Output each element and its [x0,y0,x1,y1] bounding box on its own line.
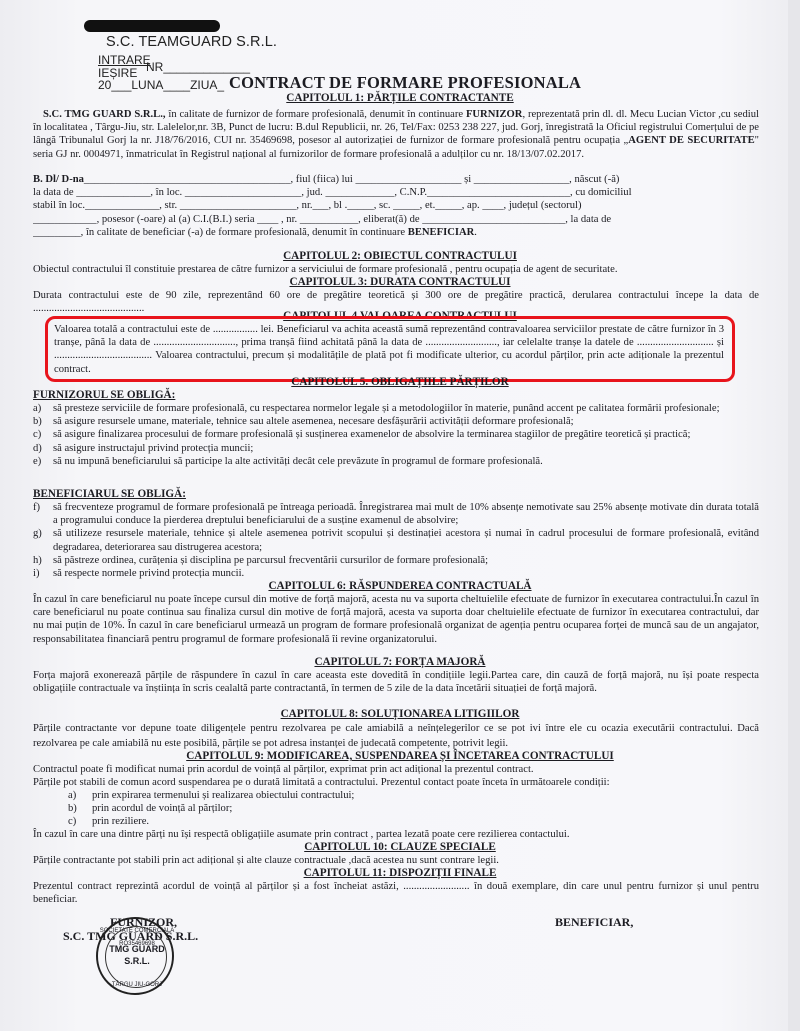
chapter-9-heading: CAPITOLUL 9: MODIFICAREA, SUSPENDAREA ȘI… [0,750,800,763]
list-item-label: b) [68,802,92,815]
list-item-label: a) [68,789,92,802]
list-item: e)să nu impună beneficiarului să partici… [33,455,759,468]
list-item: g)să utilizeze resursele materiale, tehn… [33,527,759,553]
list-item-label: b) [33,415,53,428]
parties-furnizor-paragraph: S.C. TMG GUARD S.R.L., în calitate de fu… [33,108,759,161]
list-item-label: h) [33,554,53,567]
furnizor-obligations-list: a)să presteze serviciile de formare prof… [33,402,759,468]
list-item-text: să utilizeze resursele materiale, tehnic… [53,527,759,553]
beneficiar-obligations-list: f)să frecventeze programul de formare pr… [33,501,759,580]
list-item-label: f) [33,501,53,527]
list-item-text: să asigure instructajul privind protecți… [53,442,759,455]
beneficiar-line-4: ____________, posesor (-oare) al (a) C.I… [33,213,759,226]
document-title: CONTRACT DE FORMARE PROFESIONALA [229,76,581,89]
furnizor-name: S.C. TMG GUARD S.R.L., [43,109,166,120]
list-item: b)să asigure resursele umane, materiale,… [33,415,759,428]
chapter-10-heading: CAPITOLUL 10: CLAUZE SPECIALE [0,841,800,854]
list-item-text: să frecventeze programul de formare prof… [53,501,759,527]
list-item-text: să presteze serviciile de formare profes… [53,402,759,415]
list-item-text: prin acordul de voință al părților; [92,802,758,815]
beneficiar-prefix: B. Dl/ D-na [33,174,84,185]
furnizor-label: FURNIZOR [466,109,523,120]
chapter-2-heading: CAPITOLUL 2: OBIECTUL CONTRACTULUI [0,250,800,263]
chapter-8-heading: CAPITOLUL 8: SOLUȚIONAREA LITIGIILOR [0,708,800,721]
furnizor-text: în calitate de furnizor de formare profe… [166,109,466,120]
list-item-text: prin expirarea termenului și realizarea … [92,789,758,802]
document-page: S.C. TEAMGUARD S.R.L. INTRARE NR________… [0,0,800,1031]
force-majeure-paragraph: Forța majoră exonerează părțile de răspu… [33,669,759,695]
modification-line-1: Contractul poate fi modificat numai prin… [33,763,759,776]
furnizor-obligations-title: FURNIZORUL SE OBLIGĂ: [33,389,175,402]
highlight-box [45,316,735,382]
beneficiar-label: BENEFICIAR [408,227,475,238]
header-date-line: 20___LUNA____ZIUA_ [98,78,224,92]
chapter-5-heading: CAPITOLUL 5. OBLIGAȚIILE PĂRȚILOR [0,376,800,389]
object-paragraph: Obiectul contractului îl constituie pres… [33,263,759,276]
occupation: AGENT DE SECURITATE [628,135,754,146]
beneficiar-line-5-end: . [474,227,477,238]
list-item-label: a) [33,402,53,415]
company-stamp: SOCIETATE COMERCIALĂ RO35469698 TMG GUAR… [96,917,174,995]
modification-conditions-list: a)prin expirarea termenului și realizare… [68,789,758,829]
beneficiar-signature-label: BENEFICIAR, [555,916,633,929]
list-item: a)să presteze serviciile de formare prof… [33,402,759,415]
list-item: b)prin acordul de voință al părților; [68,802,758,815]
beneficiar-line-5: _________, în calitate de beneficiar (-a… [33,227,408,238]
list-item-label: c) [33,428,53,441]
header-nr: NR_____________ [146,60,250,74]
list-item: h)să păstreze ordinea, curățenia și disc… [33,554,759,567]
list-item-label: e) [33,455,53,468]
beneficiar-line-3: stabil în loc.______________, str. _____… [33,199,759,212]
list-item-text: să păstreze ordinea, curățenia și discip… [53,554,759,567]
list-item: a)prin expirarea termenului și realizare… [68,789,758,802]
list-item-label: d) [33,442,53,455]
list-item-text: să asigure resursele umane, materiale, t… [53,415,759,428]
beneficiar-line-1: _______________________________________,… [84,174,620,185]
list-item: i)să respecte normele privind protecția … [33,567,759,580]
header-company: S.C. TEAMGUARD S.R.L. [106,34,277,50]
list-item: f)să frecventeze programul de formare pr… [33,501,759,527]
chapter-6-heading: CAPITOLUL 6: RĂSPUNDEREA CONTRACTUALĂ [0,580,800,593]
list-item-text: să asigure finalizarea procesului de for… [53,428,759,441]
list-item-text: să nu impună beneficiarului să participe… [53,455,759,468]
liability-paragraph: În cazul în care beneficiarul nu poate î… [33,593,759,646]
chapter-3-heading: CAPITOLUL 3: DURATA CONTRACTULUI [0,276,800,289]
chapter-11-heading: CAPITOLUL 11: DISPOZIȚII FINALE [0,867,800,880]
stamp-srl: S.R.L. [98,955,176,968]
beneficiar-obligations-title: BENEFICIARUL SE OBLIGĂ: [33,488,186,501]
special-clauses-paragraph: Părțile contractante pot stabili prin ac… [33,854,759,867]
list-item-label: c) [68,815,92,828]
list-item-label: g) [33,527,53,553]
parties-beneficiar-block: B. Dl/ D-na_____________________________… [33,173,759,239]
modification-line-2: Părțile pot stabili de comun acord suspe… [33,776,759,789]
list-item: c)prin reziliere. [68,815,758,828]
list-item-label: i) [33,567,53,580]
list-item-text: prin reziliere. [92,815,758,828]
chapter-1-heading: CAPITOLUL 1: PĂRȚILE CONTRACTANTE [0,92,800,105]
header-intrare: INTRARE [98,53,151,67]
list-item: c)să asigure finalizarea procesului de f… [33,428,759,441]
list-item: d)să asigure instructajul privind protec… [33,442,759,455]
stamp-bottom-text: TÂRGU JIU-GORJ [98,979,176,992]
chapter-7-heading: CAPITOLUL 7: FORȚA MAJORĂ [0,656,800,669]
list-item-text: să respecte normele privind protecția mu… [53,567,759,580]
final-provisions-paragraph: Prezentul contract reprezintă acordul de… [33,880,759,906]
beneficiar-line-2: la data de ______________, în loc. _____… [33,186,759,199]
disputes-paragraph: Părțile contractante vor depune toate di… [33,721,759,751]
redaction-bar [84,20,220,32]
modification-line-3: În cazul în care una dintre părți nu își… [33,828,759,841]
